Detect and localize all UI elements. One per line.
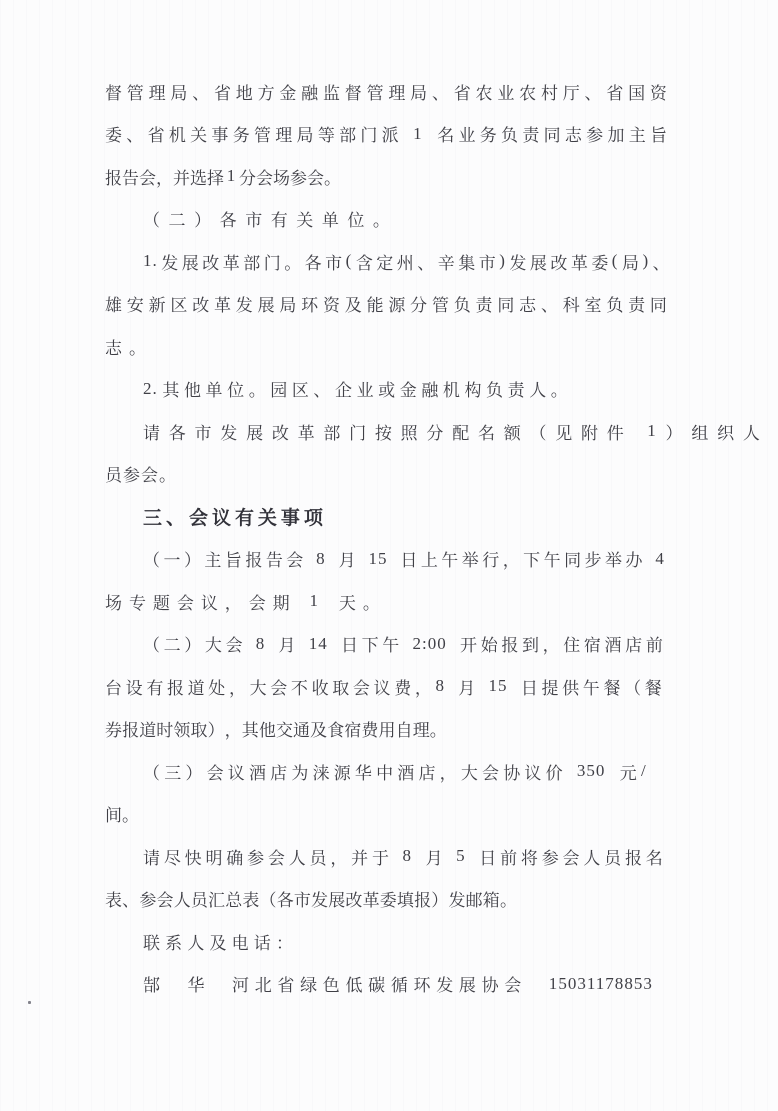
cjk-char: 酒	[605, 631, 622, 656]
cjk-char: 请	[143, 419, 160, 444]
cjk-char: 期	[273, 589, 290, 614]
cjk-char: 取	[190, 716, 207, 741]
cjk-char: ：	[276, 929, 293, 954]
latin-text: 1	[647, 421, 657, 441]
cjk-char: 资	[650, 79, 667, 104]
cjk-char: 含	[356, 249, 373, 274]
cjk-char: ，	[503, 546, 520, 571]
cjk-char: 委	[591, 249, 608, 274]
cjk-char: 。	[159, 461, 176, 486]
cjk-char: 交	[276, 716, 293, 741]
cjk-char: 箱	[483, 886, 500, 911]
cjk-char: 室	[585, 291, 602, 316]
cjk-char: 金	[400, 376, 417, 401]
cjk-char: 报	[105, 164, 122, 189]
cjk-char: 前	[646, 631, 663, 656]
cjk-char: 月	[426, 844, 443, 869]
cjk-char: 会	[270, 674, 287, 699]
cjk-char: 市	[294, 886, 311, 911]
cjk-char: 位	[347, 206, 364, 231]
cjk-char: 部	[243, 249, 260, 274]
latin-text: 8	[316, 549, 326, 569]
cjk-char: ）	[208, 716, 225, 741]
latin-text: )	[499, 251, 506, 271]
cjk-char: 其	[242, 716, 259, 741]
cjk-char: 组	[691, 419, 708, 444]
document-line: 2.其他单位。园区、企业或金融机构负责人。	[143, 368, 568, 411]
cjk-char: 办	[626, 546, 643, 571]
document-line: 联系人及电话：	[143, 920, 293, 963]
cjk-char: 市	[325, 249, 342, 274]
document-line: （三）会议酒店为涞源华中酒店，大会协议价350元/	[143, 750, 647, 793]
cjk-char: 园	[270, 376, 287, 401]
cjk-char: 议	[524, 759, 541, 784]
cjk-char: 事	[211, 121, 228, 146]
cjk-char: 将	[521, 844, 538, 869]
cjk-char: 监	[323, 79, 340, 104]
cjk-char: 责	[476, 291, 493, 316]
cjk-char: 加	[607, 121, 624, 146]
cjk-char: 协	[482, 971, 499, 996]
cjk-char: 告	[266, 546, 283, 571]
cjk-char: 餐	[645, 674, 662, 699]
cjk-char: 专	[129, 589, 146, 614]
cjk-char: 省	[454, 79, 471, 104]
latin-text: 4	[655, 549, 665, 569]
cjk-char: 管	[127, 79, 144, 104]
cjk-char: ）	[185, 759, 202, 784]
cjk-char: 间	[105, 801, 122, 826]
cjk-char: 及	[209, 929, 226, 954]
document-line: 员参会。	[105, 453, 176, 496]
cjk-char: 能	[367, 291, 384, 316]
cjk-char: 部	[339, 121, 356, 146]
cjk-char: 及	[345, 291, 362, 316]
latin-text: 1	[413, 124, 423, 144]
cjk-char: 理	[413, 716, 430, 741]
cjk-char: 设	[126, 674, 143, 699]
cjk-char: ，	[330, 844, 347, 869]
cjk-char: 请	[143, 844, 160, 869]
document-line: 场专题会议，会期1天。	[105, 580, 380, 623]
cjk-char: 务	[480, 121, 497, 146]
cjk-char: 会	[353, 674, 370, 699]
latin-text: 5	[456, 846, 466, 866]
cjk-char: 色	[323, 971, 340, 996]
cjk-char: 展	[258, 291, 275, 316]
cjk-char: 会	[139, 164, 156, 189]
cjk-char: 告	[122, 164, 139, 189]
cjk-char: 环	[414, 971, 431, 996]
cjk-char: 门	[264, 249, 281, 274]
cjk-char: 局	[170, 79, 187, 104]
cjk-char: 并	[173, 164, 190, 189]
cjk-char: 企	[335, 376, 352, 401]
cjk-char: 名	[478, 419, 495, 444]
cjk-char: 供	[562, 674, 579, 699]
cjk-char: 同	[497, 291, 514, 316]
cjk-char: 局	[279, 291, 296, 316]
cjk-char: 农	[476, 79, 493, 104]
cjk-char: 局	[297, 121, 314, 146]
cjk-char: 中	[376, 759, 393, 784]
cjk-char: 管	[254, 121, 271, 146]
cjk-char: 局	[622, 249, 639, 274]
cjk-char: 通	[293, 716, 310, 741]
cjk-char: 区	[292, 376, 309, 401]
cjk-char: 源	[334, 759, 351, 784]
cjk-char: 配	[452, 419, 469, 444]
cjk-char: 人	[529, 376, 546, 401]
cjk-char: 同	[564, 546, 581, 571]
cjk-char: 照	[401, 419, 418, 444]
cjk-char: 、	[541, 291, 558, 316]
cjk-char: 人	[174, 886, 191, 911]
cjk-char: 店	[625, 631, 642, 656]
cjk-char: 午	[382, 631, 399, 656]
cjk-char: 。	[373, 206, 390, 231]
cjk-char: 河	[232, 971, 249, 996]
cjk-char: 发	[161, 249, 178, 274]
cjk-char: 下	[523, 546, 540, 571]
cjk-char: 环	[301, 291, 318, 316]
cjk-char: ）	[194, 206, 211, 231]
cjk-char: 举	[605, 546, 622, 571]
cjk-char: 辛	[438, 249, 455, 274]
cjk-char: 上	[421, 546, 438, 571]
cjk-char: 及	[310, 716, 327, 741]
cjk-char: 分	[239, 164, 256, 189]
cjk-char: 织	[717, 419, 734, 444]
cjk-char: 名	[646, 844, 663, 869]
cjk-char: 汇	[208, 886, 225, 911]
cjk-char: 填	[397, 886, 414, 911]
cjk-char: 发	[220, 419, 237, 444]
cjk-char: 会	[141, 461, 158, 486]
cjk-char: 责	[522, 121, 539, 146]
cjk-char: 国	[628, 79, 645, 104]
cjk-char: 午	[441, 546, 458, 571]
cjk-char: 午	[583, 674, 600, 699]
cjk-char: 价	[546, 759, 563, 784]
cjk-char: 门	[360, 121, 377, 146]
cjk-char: 日	[479, 844, 496, 869]
cjk-char: 费	[361, 716, 378, 741]
cjk-char: （	[143, 759, 160, 784]
cjk-char: 道	[139, 716, 156, 741]
cjk-char: 改	[192, 291, 209, 316]
cjk-char: 、	[192, 79, 209, 104]
cjk-char: 展	[530, 249, 547, 274]
cjk-char: 。	[122, 801, 139, 826]
cjk-char: 一	[163, 546, 180, 571]
cjk-char: 负	[486, 376, 503, 401]
cjk-char: 人	[187, 929, 204, 954]
cjk-char: 午	[544, 546, 561, 571]
cjk-char: 话	[254, 929, 271, 954]
cjk-char: 关	[258, 503, 277, 530]
cjk-char: 区	[170, 291, 187, 316]
cjk-char: 、	[126, 121, 143, 146]
cjk-char: 志	[105, 334, 122, 359]
cjk-char: 展	[459, 971, 476, 996]
cjk-char: 发	[448, 886, 465, 911]
cjk-char: 金	[279, 79, 296, 104]
cjk-char: 日	[341, 631, 358, 656]
cjk-char: 同	[544, 121, 561, 146]
document-line: 报告会，并选择1分会场参会。	[105, 155, 341, 198]
cjk-char: 或	[378, 376, 395, 401]
cjk-char: 局	[410, 79, 427, 104]
cjk-char: 额	[504, 419, 521, 444]
cjk-char: 改	[550, 249, 567, 274]
cjk-char: 改	[202, 249, 219, 274]
cjk-char: 市	[479, 249, 496, 274]
cjk-char: 。	[324, 164, 341, 189]
cjk-char: 下	[362, 631, 379, 656]
cjk-char: 开	[460, 631, 477, 656]
cjk-char: ）	[431, 886, 448, 911]
cjk-char: 科	[563, 291, 580, 316]
cjk-char: 券	[105, 716, 122, 741]
cjk-char: 业	[458, 121, 475, 146]
cjk-char: 革	[298, 419, 315, 444]
cjk-char: 改	[272, 419, 289, 444]
cjk-char: 村	[541, 79, 558, 104]
cjk-char: 厅	[563, 79, 580, 104]
cjk-char: 机	[443, 376, 460, 401]
cjk-char: 会	[189, 503, 208, 530]
cjk-char: 发	[236, 291, 253, 316]
cjk-char: 日	[521, 674, 538, 699]
cjk-char: 新	[149, 291, 166, 316]
cjk-char: 旨	[225, 546, 242, 571]
cjk-char: 发	[311, 886, 328, 911]
cjk-char: 位	[227, 376, 244, 401]
cjk-char: 有	[271, 206, 288, 231]
cjk-char: 项	[304, 503, 323, 530]
cjk-char: 报	[625, 844, 642, 869]
latin-text: 15	[489, 676, 508, 696]
document-line: 券报道时领取），其他交通及食宿费用自理。	[105, 708, 447, 751]
cjk-char: 。	[284, 249, 301, 274]
cjk-char: 资	[323, 291, 340, 316]
cjk-char: 关	[296, 206, 313, 231]
cjk-char: 、	[585, 79, 602, 104]
latin-text: 8	[256, 634, 266, 654]
cjk-char: 择	[207, 164, 224, 189]
cjk-char: 雄	[105, 291, 122, 316]
cjk-char: 各	[305, 249, 322, 274]
section-heading: 三、会议有关事项	[143, 495, 323, 538]
cjk-char: 改	[345, 886, 362, 911]
cjk-char: 分	[426, 419, 443, 444]
cjk-char: 单	[206, 376, 223, 401]
cjk-char: 前	[500, 844, 517, 869]
document-line: （二）大会8月14日下午2:00开始报到，住宿酒店前	[143, 623, 663, 666]
cjk-char: 会	[256, 164, 273, 189]
document-line: 委、省机关事务管理局等部门派1名业务负责同志参加主旨	[105, 113, 667, 156]
cjk-char: 关	[190, 121, 207, 146]
cjk-char: 场	[273, 164, 290, 189]
cjk-char: 发	[509, 249, 526, 274]
cjk-char: 督	[345, 79, 362, 104]
cjk-char: ，	[440, 759, 457, 784]
cjk-char: 举	[462, 546, 479, 571]
cjk-char: 用	[379, 716, 396, 741]
cjk-char: 会	[307, 164, 324, 189]
cjk-char: 场	[105, 589, 122, 614]
cjk-char: 自	[396, 716, 413, 741]
cjk-char: 主	[204, 546, 221, 571]
cjk-char: 报	[414, 886, 431, 911]
cjk-char: 参	[247, 844, 264, 869]
document-line: （二）各市有关单位。	[143, 198, 390, 241]
cjk-char: 展	[246, 419, 263, 444]
cjk-char: 各	[220, 206, 237, 231]
cjk-char: 确	[226, 844, 243, 869]
cjk-char: 快	[185, 844, 202, 869]
cjk-char: 会	[177, 589, 194, 614]
cjk-char: 附	[581, 419, 598, 444]
cjk-char: 二	[164, 631, 181, 656]
latin-text: )	[642, 251, 649, 271]
cjk-char: 委	[380, 886, 397, 911]
document-line: 督管理局、省地方金融监督管理局、省农业农村厅、省国资	[105, 70, 667, 113]
cjk-char: 旨	[650, 121, 667, 146]
cjk-char: 月	[279, 631, 296, 656]
cjk-char: 为	[291, 759, 308, 784]
cjk-char: 负	[454, 291, 471, 316]
cjk-char: 业	[497, 79, 514, 104]
cjk-char: 等	[318, 121, 335, 146]
cjk-char: ）	[184, 631, 201, 656]
cjk-char: 三	[143, 503, 162, 530]
cjk-char: 融	[301, 79, 318, 104]
cjk-char: 元	[620, 759, 637, 784]
latin-text: 1.	[143, 251, 158, 271]
cjk-char: 名	[437, 121, 454, 146]
cjk-char: 郜	[143, 971, 160, 996]
cjk-char: 集	[458, 249, 475, 274]
cjk-char: 收	[312, 674, 329, 699]
cjk-char: 。	[249, 376, 266, 401]
cjk-char: 报	[122, 716, 139, 741]
cjk-char: 报	[501, 631, 518, 656]
document-line: 表、参会人员汇总表（各市发展改革委填报）发邮箱。	[105, 878, 517, 921]
cjk-char: 州	[397, 249, 414, 274]
cjk-char: 邮	[466, 886, 483, 911]
cjk-char: 取	[332, 674, 349, 699]
cjk-char: 各	[169, 419, 186, 444]
cjk-char: 店	[270, 759, 287, 784]
latin-text: 1	[227, 166, 237, 186]
cjk-char: 定	[376, 249, 393, 274]
cjk-char: 低	[345, 971, 362, 996]
cjk-char: 三	[164, 759, 181, 784]
cjk-char: 革	[214, 291, 231, 316]
cjk-char: 。	[500, 886, 517, 911]
cjk-char: 会	[286, 546, 303, 571]
cjk-char: 参	[290, 164, 307, 189]
cjk-char: 人	[289, 844, 306, 869]
cjk-char: 、	[166, 503, 185, 530]
cjk-char: 餐	[603, 674, 620, 699]
cjk-char: （	[624, 674, 641, 699]
cjk-char: 议	[212, 503, 231, 530]
cjk-char: （	[143, 206, 160, 231]
cjk-char: 、	[122, 886, 139, 911]
latin-text: 14	[309, 634, 328, 654]
document-line: 1.发展改革部门。各市(含定州、辛集市)发展改革委(局)、	[143, 240, 670, 283]
latin-text: (	[346, 251, 353, 271]
cjk-char: 费	[394, 674, 411, 699]
cjk-char: 协	[503, 759, 520, 784]
cjk-char: 不	[291, 674, 308, 699]
cjk-char: 其	[162, 376, 179, 401]
cjk-char: 源	[388, 291, 405, 316]
document-line: 请尽快明确参会人员，并于8月5日前将参会人员报名	[143, 835, 663, 878]
cjk-char: 提	[541, 674, 558, 699]
cjk-char: 会	[482, 759, 499, 784]
cjk-char: 员	[604, 844, 621, 869]
cjk-char: 尽	[164, 844, 181, 869]
cjk-char: 道	[188, 674, 205, 699]
cjk-char: 、	[313, 376, 330, 401]
cjk-char: 督	[105, 79, 122, 104]
cjk-char: 市	[195, 419, 212, 444]
latin-text: 2:00	[413, 634, 447, 654]
cjk-char: 宿	[344, 716, 361, 741]
cjk-char: 领	[173, 716, 190, 741]
cjk-char: 负	[501, 121, 518, 146]
cjk-char: 议	[201, 589, 218, 614]
cjk-char: 月	[339, 546, 356, 571]
cjk-char: 台	[105, 674, 122, 699]
latin-text: 15031178853	[549, 974, 653, 994]
cjk-char: 有	[235, 503, 254, 530]
cjk-char: ，	[415, 674, 432, 699]
cjk-char: 大	[250, 674, 267, 699]
cjk-char: 华	[188, 971, 205, 996]
cjk-char: 理	[275, 121, 292, 146]
cjk-char: ，	[225, 716, 242, 741]
cjk-char: 时	[156, 716, 173, 741]
cjk-char: 、	[417, 249, 434, 274]
latin-text: 8	[436, 676, 446, 696]
cjk-char: 同	[650, 291, 667, 316]
cjk-char: 融	[421, 376, 438, 401]
cjk-char: 人	[583, 844, 600, 869]
cjk-char: 到	[522, 631, 539, 656]
cjk-char: 构	[464, 376, 481, 401]
cjk-char: 、	[653, 249, 670, 274]
latin-text: 1	[310, 591, 320, 611]
latin-text: 8	[403, 846, 413, 866]
latin-text: 2.	[143, 379, 158, 399]
cjk-char: 大	[205, 631, 222, 656]
cjk-char: ，	[156, 164, 173, 189]
cjk-char: ，	[543, 631, 560, 656]
document-line: 间。	[105, 793, 137, 836]
scan-speck	[28, 1001, 31, 1004]
latin-text: 15	[368, 549, 387, 569]
cjk-char: 参	[586, 121, 603, 146]
cjk-char: 务	[233, 121, 250, 146]
cjk-char: 报	[167, 674, 184, 699]
cjk-char: 会	[268, 844, 285, 869]
cjk-char: 始	[481, 631, 498, 656]
